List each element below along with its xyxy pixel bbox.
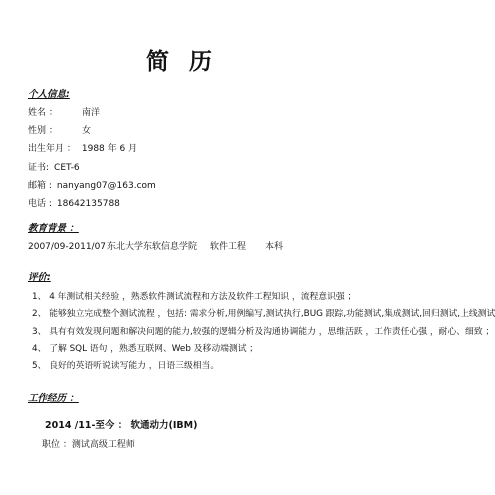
field-phone-value: 18642135788 bbox=[57, 199, 120, 209]
field-birthdate-label: 出生年月 ： bbox=[28, 141, 76, 154]
work-entry-position: 职位 ：测试高级工程师 bbox=[42, 439, 495, 451]
field-name: 姓名 ：南洋 bbox=[28, 105, 495, 123]
field-gender: 性别 ：女 bbox=[28, 123, 495, 141]
evaluation-item: 1、 4 年测试相关经验 ，熟悉软件测试流程和方法及软件工程知识 ，流程意识强 … bbox=[32, 289, 495, 306]
evaluation-item: 3、 具有有效发现问题和解决问题的能力,较强的逻辑分析及沟通协调能力 ，思维活跃… bbox=[32, 324, 495, 341]
field-certificate: 证书:CET-6 bbox=[28, 160, 495, 178]
field-email: 邮箱 :nanyang07@163.com bbox=[28, 178, 495, 196]
field-gender-label: 性别 ： bbox=[28, 123, 82, 136]
education-major: 软件工程 bbox=[210, 241, 265, 253]
work-experience-heading-text: 工作经历 ： bbox=[28, 393, 79, 404]
field-email-label: 邮箱 : bbox=[28, 178, 52, 191]
education-row: 2007/09-2011/07东北大学东软信息学院软件工程本科 bbox=[28, 241, 495, 253]
education-school: 东北大学东软信息学院 bbox=[107, 241, 210, 253]
work-experience-heading: 工作经历 ： bbox=[28, 392, 495, 405]
field-gender-value: 女 bbox=[82, 126, 91, 136]
personal-info-fields: 姓名 ：南洋 性别 ：女 出生年月 ：1988 年 6 月 证书:CET-6 邮… bbox=[0, 105, 495, 214]
education-heading-text: 教育背景 ： bbox=[28, 223, 79, 234]
field-certificate-label: 证书: bbox=[28, 160, 49, 173]
resume-page: 简 历 个人信息: 姓名 ：南洋 性别 ：女 出生年月 ：1988 年 6 月 … bbox=[0, 0, 495, 495]
evaluation-list: 1、 4 年测试相关经验 ，熟悉软件测试流程和方法及软件工程知识 ，流程意识强 … bbox=[0, 289, 495, 375]
evaluation-item: 4、 了解 SQL 语句 ，熟悉互联网、Web 及移动端测试 ； bbox=[32, 341, 495, 358]
field-email-value: nanyang07@163.com bbox=[57, 181, 156, 191]
personal-info-heading: 个人信息: bbox=[28, 88, 495, 101]
personal-info-heading-text: 个人信息: bbox=[28, 89, 70, 100]
field-birthdate-value: 1988 年 6 月 bbox=[82, 144, 137, 154]
field-phone: 电话 :18642135788 bbox=[28, 196, 495, 214]
work-entry-duration: 2014 /11-至今 ： 软通动力(IBM) bbox=[45, 419, 495, 432]
field-certificate-value: CET-6 bbox=[54, 163, 80, 173]
evaluation-heading: 评价: bbox=[28, 271, 495, 284]
evaluation-heading-text: 评价: bbox=[28, 272, 51, 283]
education-degree: 本科 bbox=[265, 241, 283, 253]
resume-title: 简 历 bbox=[0, 46, 495, 78]
education-period: 2007/09-2011/07 bbox=[28, 241, 107, 253]
evaluation-item: 5、 良好的英语听说读写能力 ，日语三级相当。 bbox=[32, 358, 495, 375]
field-name-label: 姓名 ： bbox=[28, 105, 82, 118]
field-phone-label: 电话 : bbox=[28, 196, 52, 209]
field-name-value: 南洋 bbox=[82, 108, 100, 118]
field-birthdate: 出生年月 ：1988 年 6 月 bbox=[28, 141, 495, 159]
evaluation-item: 2、 能够独立完成整个测试流程 ，包括: 需求分析,用例编写,测试执行,BUG … bbox=[32, 306, 495, 323]
education-heading: 教育背景 ： bbox=[28, 222, 495, 235]
